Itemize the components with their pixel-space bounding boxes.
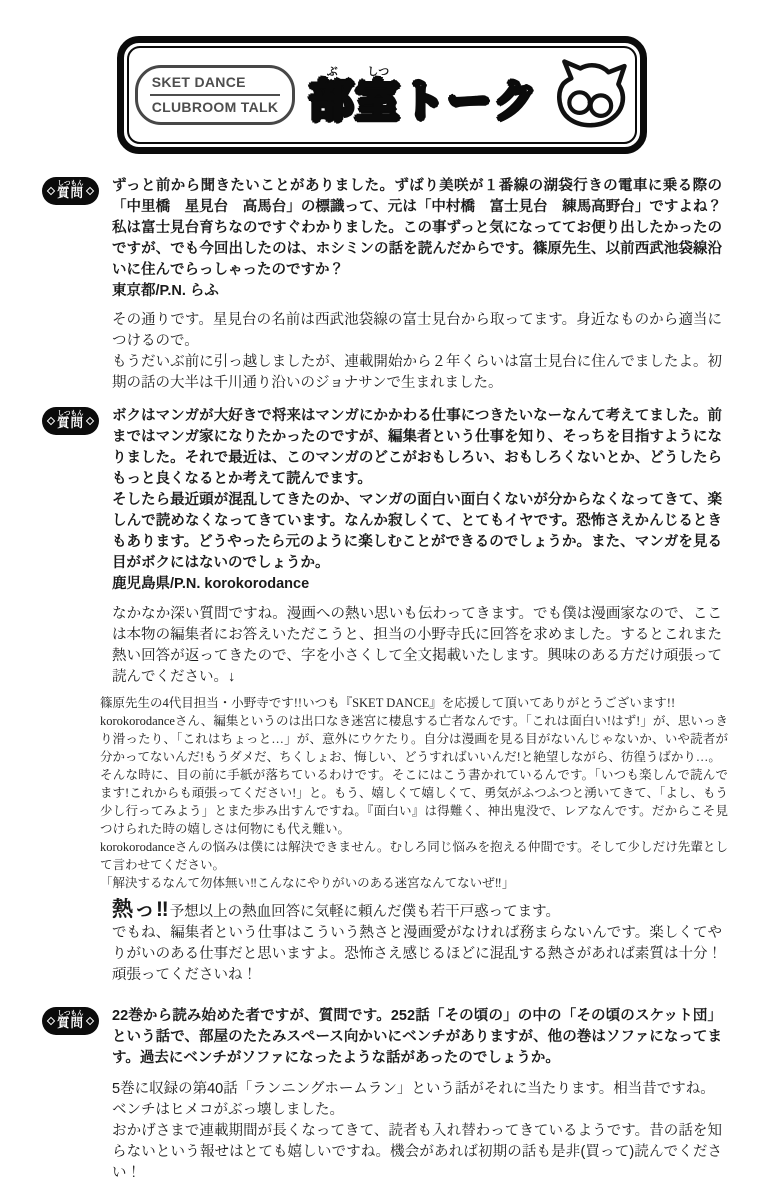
title-char-bu: 部 [309, 77, 355, 126]
question-badge: 質問しつもん [42, 1007, 99, 1035]
logo-line2: CLUBROOM TALK [150, 96, 281, 116]
answer-outro-rest: 予想以上の熱血回答に気軽に頼んだ僕も若干戸惑ってます。 [170, 904, 560, 920]
sender-line: 東京都/P.N. らふ [112, 281, 722, 302]
qa-content: 質問しつもん ずっと前から聞きたいことがありました。ずばり美咲が１番線の湖袋行き… [0, 176, 764, 1184]
diamond-icon [47, 417, 55, 425]
question-badge-label: 質問 [57, 186, 84, 200]
answer-text: 5巻に収録の第40話「ランニングホームラン」という話がそれに当たります。相当昔で… [112, 1079, 722, 1184]
diamond-icon [86, 1017, 94, 1025]
question-text: 22巻から読み始めた者ですが、質問です。252話「その頃の」の中の「その頃のスケ… [112, 1006, 722, 1069]
question-text: ボクはマンガが大好きで将来はマンガにかかわる仕事につきたいなーなんて考えてました… [112, 406, 722, 574]
editor-letter: 篠原先生の4代目担当・小野寺です!!いつも『SKET DANCE』を応援して頂い… [100, 694, 728, 892]
hot-exclamation: 熱っ‼ [112, 898, 170, 921]
question-text: ずっと前から聞きたいことがありました。ずばり美咲が１番線の湖袋行きの電車に乗る際… [112, 176, 722, 281]
sender-line: 鹿児島県/P.N. korokorodance [112, 574, 722, 595]
question-badge-furigana: しつもん [57, 1010, 84, 1017]
header-banner: SKET DANCE CLUBROOM TALK 部ぶ室しつトーク [117, 36, 647, 154]
question-badge: 質問しつもん [42, 177, 99, 205]
sket-dance-logo: SKET DANCE CLUBROOM TALK [135, 65, 296, 124]
manga-clubroom-talk-page: SKET DANCE CLUBROOM TALK 部ぶ室しつトーク 質問しつもん [0, 0, 764, 1200]
question-badge-furigana: しつもん [57, 410, 84, 417]
question-badge-label: 質問 [57, 1016, 84, 1030]
title-char-shitsu: 室 [355, 77, 401, 126]
diamond-icon [86, 417, 94, 425]
question-block-2: 質問しつもん ボクはマンガが大好きで将来はマンガにかかわる仕事につきたいなーなん… [42, 406, 722, 574]
diamond-icon [47, 187, 55, 195]
title-talk: トーク [401, 77, 539, 126]
title-furigana-bu: ぶ [309, 66, 355, 78]
header-banner-inner: SKET DANCE CLUBROOM TALK 部ぶ室しつトーク [127, 46, 637, 144]
answer-intro-text: なかなか深い質問ですね。漫画への熱い思いも伝わってきます。でも僕は漫画家なので、… [112, 604, 722, 688]
cat-owl-glasses-mascot-icon [553, 55, 629, 135]
logo-line1: SKET DANCE [150, 73, 281, 95]
question-badge-furigana: しつもん [57, 180, 84, 187]
title-furigana-shitsu: しつ [355, 66, 401, 78]
question-block-1: 質問しつもん ずっと前から聞きたいことがありました。ずばり美咲が１番線の湖袋行き… [42, 176, 722, 281]
answer-outro-line1: 熱っ‼予想以上の熱血回答に気軽に頼んだ僕も若干戸惑ってます。 [112, 899, 722, 923]
question-badge: 質問しつもん [42, 407, 99, 435]
question-block-3: 質問しつもん 22巻から読み始めた者ですが、質問です。252話「その頃の」の中の… [42, 1006, 722, 1069]
diamond-icon [47, 1017, 55, 1025]
diamond-icon [86, 187, 94, 195]
answer-text: その通りです。星見台の名前は西武池袋線の富士見台から取ってます。身近なものから適… [112, 310, 722, 394]
question-badge-label: 質問 [57, 416, 84, 430]
page-title: 部ぶ室しつトーク [309, 66, 539, 124]
answer-outro-line2: でもね、編集者という仕事はこういう熱さと漫画愛がなければ務まらないんです。楽しく… [112, 923, 722, 986]
